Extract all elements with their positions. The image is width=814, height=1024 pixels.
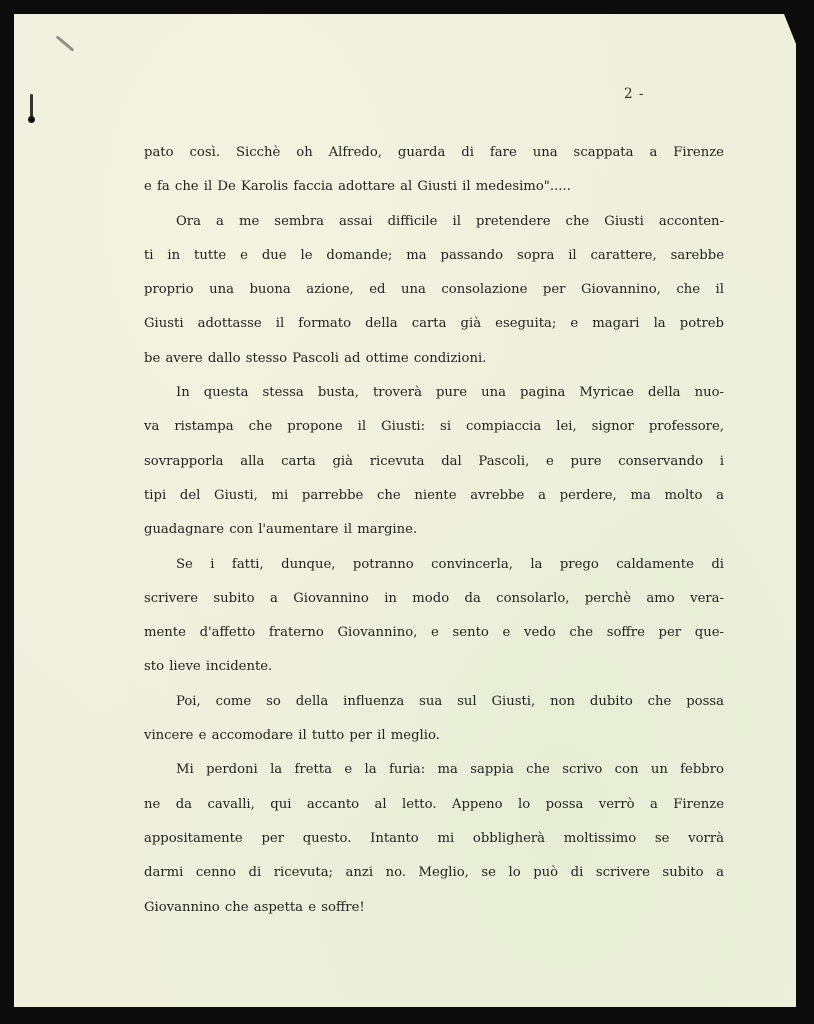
text-line: mente d'affetto fraterno Giovannino, e s… <box>144 616 724 650</box>
staple-mark <box>56 35 75 51</box>
text-line: Giusti adottasse il formato della carta … <box>144 307 724 341</box>
text-line: vincere e accomodare il tutto per il meg… <box>144 719 724 753</box>
text-line: sovrapporla alla carta già ricevuta dal … <box>144 445 724 479</box>
text-line: e fa che il De Karolis faccia adottare a… <box>144 170 724 204</box>
text-line: scrivere subito a Giovannino in modo da … <box>144 582 724 616</box>
text-line: proprio una buona azione, ed una consola… <box>144 273 724 307</box>
text-line: Giovannino che aspetta e soffre! <box>144 891 724 925</box>
text-line: ti in tutte e due le domande; ma passand… <box>144 239 724 273</box>
letter-body: pato così. Sicchè oh Alfredo, guarda di … <box>144 136 724 925</box>
text-line: sto lieve incidente. <box>144 650 724 684</box>
text-line: darmi cenno di ricevuta; anzi no. Meglio… <box>144 856 724 890</box>
text-line: Se i fatti, dunque, potranno convincerla… <box>144 548 724 582</box>
text-line: appositamente per questo. Intanto mi obb… <box>144 822 724 856</box>
text-line: va ristampa che propone il Giusti: si co… <box>144 410 724 444</box>
text-line: guadagnare con l'aumentare il margine. <box>144 513 724 547</box>
punch-hole-mark <box>28 116 35 123</box>
text-line: ne da cavalli, qui accanto al letto. App… <box>144 788 724 822</box>
text-line: Poi, come so della influenza sua sul Giu… <box>144 685 724 719</box>
text-line: Mi perdoni la fretta e la furia: ma sapp… <box>144 753 724 787</box>
text-line: pato così. Sicchè oh Alfredo, guarda di … <box>144 136 724 170</box>
text-line: In questa stessa busta, troverà pure una… <box>144 376 724 410</box>
scanned-document: 2 - pato così. Sicchè oh Alfredo, guarda… <box>0 0 814 1024</box>
binding-mark <box>30 94 33 118</box>
text-line: Ora a me sembra assai difficile il prete… <box>144 205 724 239</box>
page-number: 2 - <box>624 86 644 102</box>
text-line: be avere dallo stesso Pascoli ad ottime … <box>144 342 724 376</box>
text-line: tipi del Giusti, mi parrebbe che niente … <box>144 479 724 513</box>
